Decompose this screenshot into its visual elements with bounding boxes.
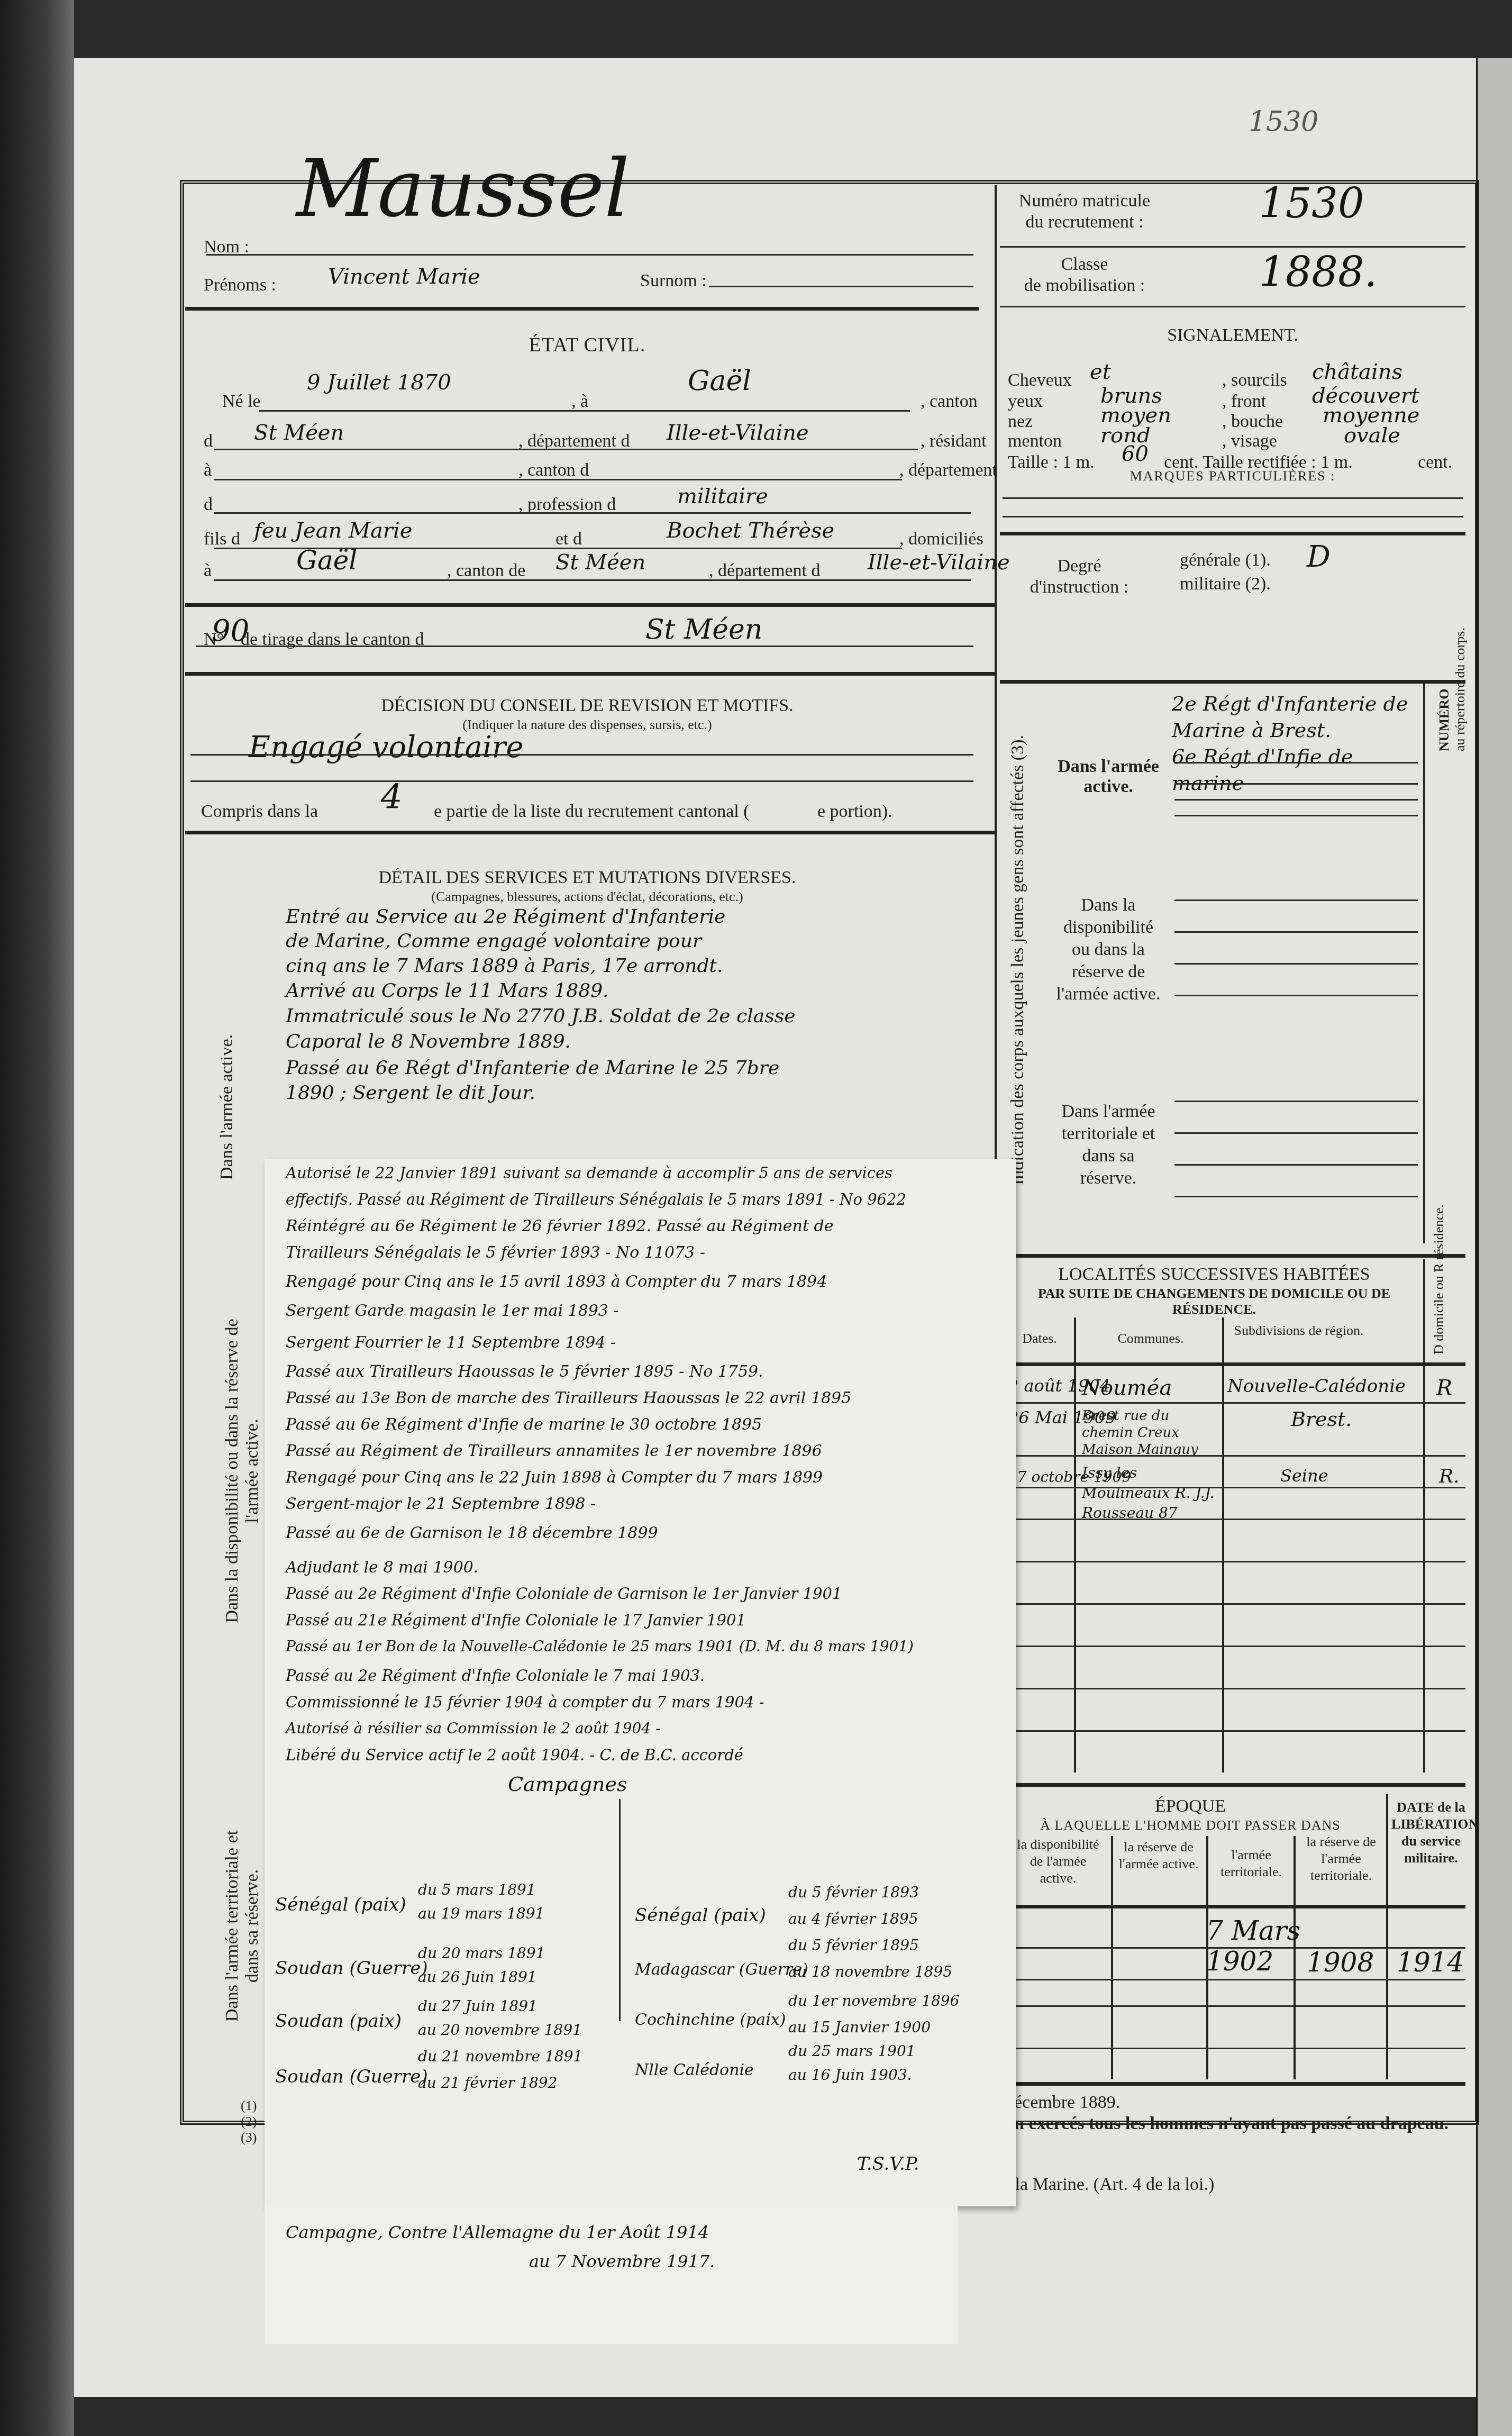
service-entry: Sergent-major le 21 Septembre 1898 -	[286, 1495, 596, 1513]
campagne-place: Cochinchine (paix)	[635, 2011, 786, 2029]
col-communes: Communes.	[1079, 1331, 1222, 1347]
underline	[1003, 497, 1463, 499]
visage-label: , visage	[1222, 431, 1277, 451]
partie-label: e partie de la liste du recrutement cant…	[434, 802, 750, 822]
row-subdivision: Seine	[1280, 1466, 1328, 1486]
service-entry: cinq ans le 7 Mars 1889 à Paris, 17e arr…	[286, 955, 723, 977]
side-label-territoriale: Dans l'armée territoriale et dans sa rés…	[222, 1815, 262, 2037]
service-entry: Sergent Garde magasin le 1er mai 1893 -	[286, 1302, 619, 1320]
underline	[190, 780, 973, 782]
divider	[185, 831, 995, 834]
campagne-au: au 15 Janvier 1900	[788, 2019, 931, 2036]
instruction-label: Degréd'instruction :	[1016, 556, 1143, 598]
campagne-place: Soudan (Guerre)	[275, 2066, 428, 2087]
row-subdivision: Nouvelle-Calédonie	[1227, 1376, 1406, 1397]
service-entry: Tirailleurs Sénégalais le 5 février 1893…	[286, 1243, 705, 1262]
sourcils-value: châtains	[1312, 360, 1402, 384]
residant-label: , résidant	[921, 431, 987, 451]
campagne-au: au 19 mars 1891	[418, 1905, 544, 1922]
underline	[190, 754, 973, 756]
col-reserve-active: la réserve de l'armée active.	[1114, 1839, 1204, 1873]
service-entry: Passé au 2e Régiment d'Infie Coloniale l…	[286, 1667, 705, 1685]
fils-label: fils d	[204, 529, 240, 549]
ne-le-label: Né le	[222, 392, 261, 412]
corps-vertical-title: Indication des corps auxquels les jeunes…	[1008, 735, 1028, 1185]
residence-a-label: à	[204, 460, 212, 480]
decision-title: DÉCISION DU CONSEIL DE REVISION ET MOTIF…	[180, 696, 995, 716]
marques-title: MARQUES PARTICULIÈRES :	[995, 468, 1471, 484]
service-entry: Libéré du Service actif le 2 août 1904. …	[286, 1746, 743, 1764]
service-entry: Rengagé pour Cinq ans le 22 Juin 1898 à …	[286, 1468, 823, 1487]
row-subdivision: Brest.	[1291, 1407, 1352, 1431]
portion-label: e portion).	[817, 802, 892, 822]
campagne-du: du 1er novembre 1896	[788, 1992, 959, 2010]
classe-value: 1888.	[1259, 249, 1377, 296]
underline	[196, 646, 973, 647]
corps-line: 6e Régt d'Infie de	[1172, 743, 1408, 770]
service-entry: Passé au 6e Régt d'Infanterie de Marine …	[286, 1057, 779, 1079]
divider	[185, 307, 979, 311]
residence-d-label: d	[204, 495, 213, 515]
territoriale-date: 7 Mars 1902	[1206, 1915, 1312, 1977]
corps-line: 2e Régt d'Infanterie de	[1172, 690, 1408, 717]
yeux-label: yeux	[1008, 392, 1043, 412]
col-territoriale: l'armée territoriale.	[1212, 1847, 1291, 1880]
divider	[1010, 1362, 1465, 1366]
service-entry: Passé au Régiment de Tirailleurs annamit…	[286, 1442, 822, 1460]
liberation-title: DATE de la LIBÉRATION du service militai…	[1391, 1799, 1471, 1867]
a-label: , à	[571, 392, 588, 412]
prenoms-value: Vincent Marie	[328, 265, 480, 289]
militaire-label: militaire (2).	[1180, 574, 1271, 594]
corner-annotation: 1530	[1249, 106, 1318, 138]
corps-active-label: Dans l'armée active.	[1053, 757, 1164, 797]
bouche-label: , bouche	[1222, 412, 1283, 432]
corps-disponibilite-label: Dans la disponibilité ou dans la réserve…	[1053, 894, 1164, 1005]
signalement-title: SIGNALEMENT.	[995, 325, 1471, 346]
footnote-marker: (1)	[241, 2098, 257, 2114]
cheveux-value: et	[1090, 360, 1111, 384]
campagne-au: au 21 février 1892	[418, 2074, 557, 2092]
campagne-du: du 25 mars 1901	[788, 2042, 916, 2060]
row-commune: Brest rue du chemin Creux Maison Mainguy	[1082, 1407, 1214, 1458]
campagne-place: Sénégal (paix)	[635, 1905, 766, 1926]
service-entry: Réintégré au 6e Régiment le 26 février 1…	[286, 1217, 833, 1235]
domicile-canton: St Méen	[555, 550, 645, 575]
campagne-allemagne-line-2: au 7 Novembre 1917.	[529, 2251, 715, 2271]
service-entry: Passé au 6e de Garnison le 18 décembre 1…	[286, 1524, 658, 1542]
underline	[214, 579, 971, 581]
menton-label: menton	[1008, 431, 1062, 451]
generale-value: D	[1307, 540, 1331, 574]
birth-departement: Ille-et-Vilaine	[667, 421, 809, 445]
footnote-marker: (3)	[241, 2130, 257, 2146]
underline	[1003, 516, 1463, 517]
cheveux-label: Cheveux	[1008, 370, 1072, 390]
col-dr: D domicile ou R résidence.	[1431, 1204, 1447, 1355]
side-label-active: Dans l'armée active.	[217, 1034, 237, 1180]
instruction-label-1: Degré	[1016, 556, 1143, 577]
localites-subtitle: PAR SUITE DE CHANGEMENTS DE DOMICILE OU …	[1005, 1286, 1423, 1317]
matricule-label: Numéro matriculedu recrutement :	[1005, 190, 1164, 233]
footnote-line-2: on exercés tous les hommes n'ayant pas p…	[1005, 2114, 1449, 2134]
col-dates: Dates.	[1010, 1331, 1069, 1347]
campagne-place: Sénégal (paix)	[275, 1894, 406, 1915]
side-label-disponibilite: Dans la disponibilité ou dans la réserve…	[222, 1312, 262, 1630]
footnote-line-3: e la Marine. (Art. 4 de la loi.)	[1003, 2175, 1214, 2195]
epoque-title: ÉPOQUE	[1005, 1796, 1376, 1816]
service-entry: effectifs. Passé au Régiment de Tiraille…	[286, 1190, 906, 1208]
corps-line: Marine à Brest.	[1172, 717, 1408, 743]
tirage-canton: St Méen	[645, 614, 762, 646]
nom-value: Maussel	[296, 143, 630, 235]
service-entry: Adjudant le 8 mai 1900.	[286, 1558, 478, 1577]
residence-departement-label: , département	[899, 460, 997, 480]
col-reserve-territoriale: la réserve de l'armée territoriale.	[1299, 1833, 1383, 1884]
row-dr: R.	[1439, 1466, 1460, 1487]
matricule-value: 1530	[1259, 180, 1364, 228]
services-title: DÉTAIL DES SERVICES ET MUTATIONS DIVERSE…	[180, 868, 995, 888]
divider	[185, 672, 995, 676]
col-subdivisions: Subdivisions de région.	[1227, 1323, 1370, 1339]
domicilies-label: , domiciliés	[899, 529, 983, 549]
taille-value: 60	[1122, 442, 1149, 466]
matricule-label-2: du recrutement :	[1005, 212, 1164, 233]
corps-active-lines: 2e Régt d'Infanterie de Marine à Brest. …	[1172, 690, 1408, 796]
front-label: , front	[1222, 392, 1266, 412]
campagne-place: Soudan (paix)	[275, 2011, 402, 2032]
underline	[214, 512, 971, 514]
reserve-territoriale-date: 1908	[1307, 1947, 1374, 1978]
campagne-du: du 5 mars 1891	[418, 1881, 536, 1898]
campagne-au: au 18 novembre 1895	[788, 1963, 952, 1980]
underline	[259, 410, 910, 412]
etat-civil-title: ÉTAT CIVIL.	[180, 333, 995, 357]
domicile-canton-label: , canton de	[447, 561, 525, 581]
divider	[1000, 1783, 1465, 1787]
underline	[214, 449, 918, 450]
campagne-au: au 26 Juin 1891	[418, 1968, 537, 1986]
numero-label: NUMÉRO	[1436, 689, 1452, 751]
campagne-au: au 20 novembre 1891	[418, 2021, 582, 2039]
service-entry: 1890 ; Sergent le dit Jour.	[286, 1082, 535, 1104]
profession-value: militaire	[677, 484, 768, 508]
birth-place: Gaël	[688, 365, 751, 397]
et-label: et d	[555, 529, 582, 549]
campagne-du: du 5 février 1895	[788, 1937, 919, 1954]
compris-value: 4	[381, 778, 403, 817]
divider	[185, 603, 995, 607]
service-entry: Immatriculé sous le No 2770 J.B. Soldat …	[286, 1005, 795, 1027]
campagne-place: Madagascar (Guerre)	[635, 1960, 808, 1979]
classe-label-2: de mobilisation :	[1005, 275, 1164, 296]
nez-label: nez	[1008, 412, 1033, 432]
domicile-a-label: à	[204, 561, 212, 581]
service-entry: Passé au 13e Bon de marche des Tirailleu…	[286, 1389, 851, 1407]
row-commune: Issy les Moulineaux R. J.J. Rousseau 87	[1082, 1463, 1219, 1523]
col-disponibilite: la disponibilité de l'armée active.	[1010, 1836, 1106, 1887]
service-entry: Commissionné le 15 février 1904 à compte…	[286, 1693, 764, 1711]
campagne-au: au 16 Juin 1903.	[788, 2066, 912, 2084]
campagne-au: au 4 février 1895	[788, 1910, 918, 1928]
service-entry: de Marine, Comme engagé volontaire pour	[286, 930, 702, 952]
row-dr: R	[1436, 1376, 1452, 1400]
instruction-label-2: d'instruction :	[1016, 577, 1143, 598]
visage-value: ovale	[1344, 423, 1400, 448]
service-entry: Passé au 6e Régiment d'Infie de marine l…	[286, 1415, 762, 1434]
underline	[214, 479, 902, 480]
canton-label: , canton	[921, 392, 978, 412]
footnote-marker: (2)	[241, 2114, 257, 2130]
service-entry: Autorisé à résilier sa Commission le 2 a…	[286, 1720, 660, 1737]
service-entry: Entré au Service au 2e Régiment d'Infant…	[286, 906, 725, 928]
service-entry: Arrivé au Corps le 11 Mars 1889.	[286, 980, 609, 1002]
birth-date: 9 Juillet 1870	[307, 370, 451, 395]
numero-sub: au répertoire du corps.	[1452, 628, 1468, 751]
domicile-dept: Ille-et-Vilaine	[868, 550, 1010, 575]
surnom-underline	[709, 286, 973, 287]
residence-canton-label: , canton d	[518, 460, 589, 480]
campagnes-divider	[619, 1799, 621, 2021]
divider	[1010, 1905, 1465, 1908]
decision-value: Engagé volontaire	[249, 730, 524, 765]
epoque-subtitle: À LAQUELLE L'HOMME DOIT PASSER DANS	[1005, 1817, 1376, 1833]
divider	[1000, 532, 1465, 535]
mother-name: Bochet Thérèse	[667, 519, 834, 543]
corps-territoriale-label: Dans l'armée territoriale et dans sa rés…	[1053, 1101, 1164, 1189]
divider	[1000, 2082, 1465, 2086]
service-entry: Passé au 21e Régiment d'Infie Coloniale …	[286, 1611, 746, 1629]
service-entry: Caporal le 8 Novembre 1889.	[286, 1031, 571, 1052]
birth-canton: St Méen	[254, 421, 344, 445]
divider	[1000, 680, 1465, 684]
service-entry: Sergent Fourrier le 11 Septembre 1894 -	[286, 1333, 616, 1352]
book-spine	[0, 0, 74, 2436]
footnote-line-1: décembre 1889.	[1005, 2093, 1120, 2113]
classe-label: Classede mobilisation :	[1005, 254, 1164, 296]
divider	[1000, 246, 1465, 248]
liberation-date: 1914	[1397, 1947, 1464, 1978]
compris-label: Compris dans la	[201, 802, 318, 822]
father-name: feu Jean Marie	[254, 519, 412, 543]
generale-label: générale (1).	[1180, 550, 1271, 570]
campagne-place: Soudan (Guerre)	[275, 1958, 428, 1979]
prenoms-label: Prénoms :	[204, 275, 276, 295]
services-subtitle: (Campagnes, blessures, actions d'éclat, …	[180, 889, 995, 905]
service-entry: Passé au 1er Bon de la Nouvelle-Calédoni…	[286, 1638, 914, 1655]
domicile-dept-label: , département d	[709, 561, 821, 581]
campagne-du: du 5 février 1893	[788, 1884, 919, 1901]
service-entry: Passé au 2e Régiment d'Infie Coloniale d…	[286, 1585, 842, 1603]
matricule-label-1: Numéro matricule	[1005, 190, 1164, 212]
footnote-markers: (1) (2) (3)	[241, 2098, 257, 2146]
surnom-label: Surnom :	[640, 271, 707, 291]
tsvp-note: T.S.V.P.	[857, 2153, 919, 2175]
sourcils-label: , sourcils	[1222, 370, 1287, 390]
campagne-du: du 27 Juin 1891	[418, 1997, 538, 2015]
campagne-place: Nlle Calédonie	[635, 2061, 754, 2079]
page-edge	[1476, 58, 1512, 2436]
divider	[1000, 1254, 1465, 1258]
service-entry: Passé aux Tirailleurs Haoussas le 5 févr…	[286, 1362, 763, 1381]
campagne-allemagne-line-1: Campagne, Contre l'Allemagne du 1er Août…	[286, 2222, 709, 2242]
row-commune: Nouméa	[1082, 1376, 1172, 1400]
canton-prefix: d	[204, 431, 213, 451]
nom-underline	[206, 254, 973, 256]
column-divider	[1423, 683, 1425, 1243]
domicile-value: Gaël	[296, 545, 357, 576]
service-entry: Rengagé pour Cinq ans le 15 avril 1893 à…	[286, 1272, 827, 1291]
campagne-du: du 20 mars 1891	[418, 1944, 545, 1962]
classe-label-1: Classe	[1005, 254, 1164, 275]
service-entry: Autorisé le 22 Janvier 1891 suivant sa d…	[286, 1164, 892, 1182]
campagnes-title: Campagnes	[508, 1773, 627, 1796]
divider	[1000, 306, 1465, 307]
localites-title: LOCALITÉS SUCCESSIVES HABITÉES	[1005, 1265, 1423, 1285]
campagne-du: du 21 novembre 1891	[418, 2048, 582, 2065]
